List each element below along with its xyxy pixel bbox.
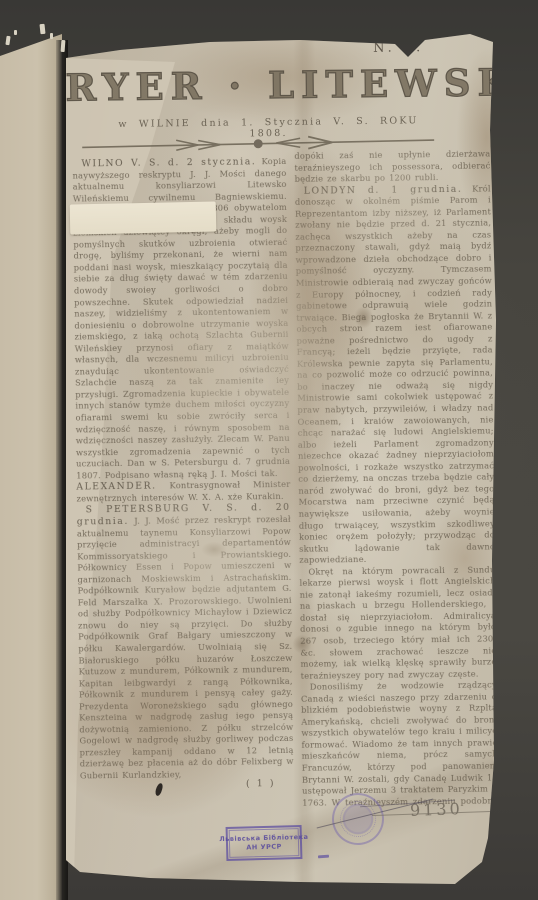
column-right: dopóki zaś nie upłynie dzierżawa teraźni… <box>294 148 498 808</box>
article-section: LONDYN d. 1 grudnia. Król donosząc w oko… <box>295 183 496 566</box>
article-section: dopóki zaś nie upłynie dzierżawa teraźni… <box>294 148 490 185</box>
article-section: Donosiliśmy że wodzowie rządzący Canadą … <box>301 680 499 809</box>
page-content: N. 1. RYER · LITEWSKI w WILNIE dnia 1. S… <box>55 22 505 887</box>
section-lead: ALEXANDER. <box>76 481 156 493</box>
page-number: ( 1 ) <box>246 778 276 789</box>
stamp-line: АН УРСР <box>246 843 282 851</box>
column-left: WILNO V. S. d. 2 stycznia. Kopia naywyżs… <box>72 156 294 783</box>
film-mark <box>39 24 45 34</box>
backing-paper <box>0 34 62 900</box>
stamp-line: Львівська Бібліотека <box>219 834 308 844</box>
newspaper-page: N. 1. RYER · LITEWSKI w WILNIE dnia 1. S… <box>60 25 500 885</box>
film-mark <box>61 40 66 52</box>
scan-background: N. 1. RYER · LITEWSKI w WILNIE dnia 1. S… <box>0 0 538 900</box>
accession-number: 9130 <box>410 799 463 820</box>
film-mark <box>14 30 17 35</box>
film-mark <box>50 33 53 39</box>
article-section: S PETERSBURG V. S. d. 20 grudnia. J. J. … <box>77 502 294 782</box>
article-section: Okręt na którym powracali z Sundu lekarz… <box>299 564 496 682</box>
section-body: J. J. Mość przez reskrypt rozesłał aktua… <box>77 514 294 781</box>
library-stamp: Львівська Бібліотека АН УРСР <box>226 825 303 861</box>
film-mark <box>5 36 10 45</box>
section-body: Król donosząc w okolném piśmie Parom i R… <box>295 183 495 565</box>
issue-number: N. 1. <box>373 40 424 56</box>
tape-patch <box>70 201 217 234</box>
section-body: Donosiliśmy że wodzowie rządzący Canadą … <box>301 680 498 809</box>
section-body: Okręt na którym powracali z Sundu lekarz… <box>300 564 497 680</box>
article-section: ALEXANDER. Kontrasygnował Minister zewnę… <box>76 479 290 505</box>
masthead-title: RYER · LITEWSKI <box>65 60 496 109</box>
section-body: dopóki zaś nie upłynie dzierżawa teraźni… <box>294 148 490 183</box>
